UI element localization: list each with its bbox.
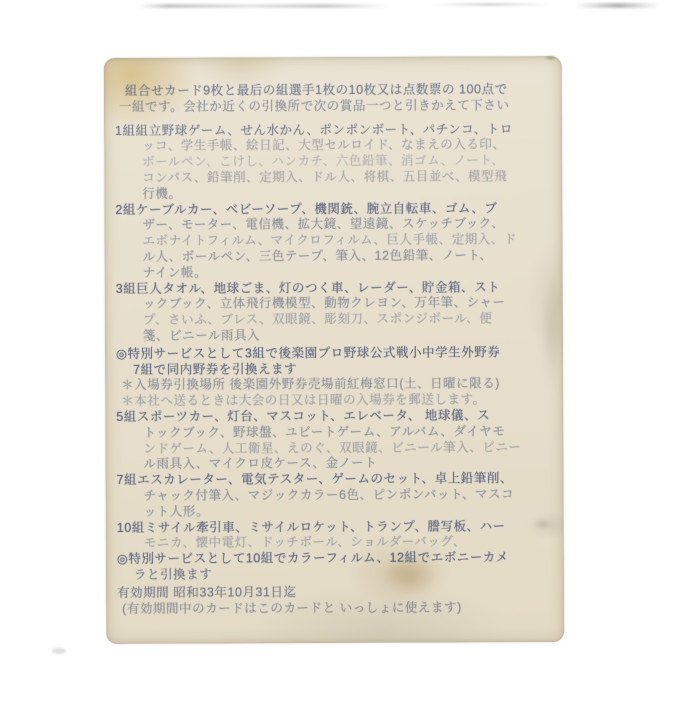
card-text-line: プ、さいふ、ブレス、双眼鏡、彫刻刀、スポンジボール、便 <box>143 311 556 329</box>
card-text-line: ックブック、立体飛行機模型、動物クレヨン、万年筆、シャー <box>143 295 556 313</box>
trading-card-back: 組合せカード9枚と最后の組選手1枚の10枚又は点数票の 100点で 一組です。会… <box>104 56 565 644</box>
card-text-line: 5組スポーツカー、灯台、マスコット、エレベータ、 地球儀、ス <box>116 408 556 426</box>
card-text-line: ◎特別サービスとして3組で後楽園プロ野球公式戦小中学生外野券 <box>116 345 556 363</box>
card-text-line: ボールペン、こけし、ハンカチ、六色鉛筆、消ゴム、ノート、 <box>142 153 555 171</box>
scanner-artifact <box>430 3 550 6</box>
card-text-line: ラと引換ます <box>134 566 557 584</box>
card-text-line: エボナイトフィルム、マイクロフィルム、巨人手帳、定期入、ド <box>142 232 555 250</box>
card-text-line: ル人、ボールペン、三色テープ、筆入、12色鉛筆、ノート、 <box>143 248 556 266</box>
card-text-line: 一組です。会社か近くの引換所で次の賞品一つと引きかえて下さい <box>119 98 555 116</box>
scanner-artifact <box>575 3 660 8</box>
card-text-line: (有効期間中のカードはこのカードと いっしょに使えます) <box>122 600 557 618</box>
card-text-line: ナイン帳。 <box>143 264 556 282</box>
card-text-line: ンドゲーム、人工衛星、えのぐ、双眼鏡、ビニール筆入、ビニー <box>143 440 556 458</box>
card-text-block: 組合せカード9枚と最后の組選手1枚の10枚又は点数票の 100点で 一組です。会… <box>115 82 557 617</box>
scanner-artifact <box>52 648 66 654</box>
card-text-line: ◎特別サービスとして10組でカラーフィルム、12組でエボニーカメ <box>117 550 557 568</box>
card-text-line: 7組エスカレーター、電気テスター、ゲームのセット、卓上鉛筆削、 <box>117 471 557 489</box>
card-text-line: ット人形。 <box>144 503 557 521</box>
card-text-line: 組合せカード9枚と最后の組選手1枚の10枚又は点数票の 100点で <box>125 82 555 100</box>
scanner-artifact <box>138 4 388 8</box>
card-text-line: 有効期間 昭和33年10月31日迄 <box>117 584 557 602</box>
card-text-line: 箋、ビニール雨具入 <box>143 327 556 345</box>
card-text-line: トックブック、野球盤、ユビートゲーム、アルバム、ダイヤモ <box>143 424 556 442</box>
card-text-line: ＊入場券引換場所 後楽園外野券売場前紅梅窓口(土、日曜に限る) <box>121 376 556 394</box>
card-text-line: ＊本社へ送るときは大会の日又は日曜の入場券を郵送します。 <box>121 392 556 410</box>
card-text-line: 行機。 <box>142 185 555 203</box>
card-text-line: 10組ミサイル牽引車、ミサイルロケット、トランプ、謄写板、ハー <box>117 519 557 537</box>
card-text-line: コンパス、鉛筆削、定期入、ドル人、将棋、五目並べ、模型飛 <box>142 169 555 187</box>
stain <box>544 55 558 61</box>
scan-background: 組合せカード9枚と最后の組選手1枚の10枚又は点数票の 100点で 一組です。会… <box>0 0 698 716</box>
card-text-line: チャック付筆入、マジックカラー6色、ピンポンバット、マスコ <box>144 487 557 505</box>
